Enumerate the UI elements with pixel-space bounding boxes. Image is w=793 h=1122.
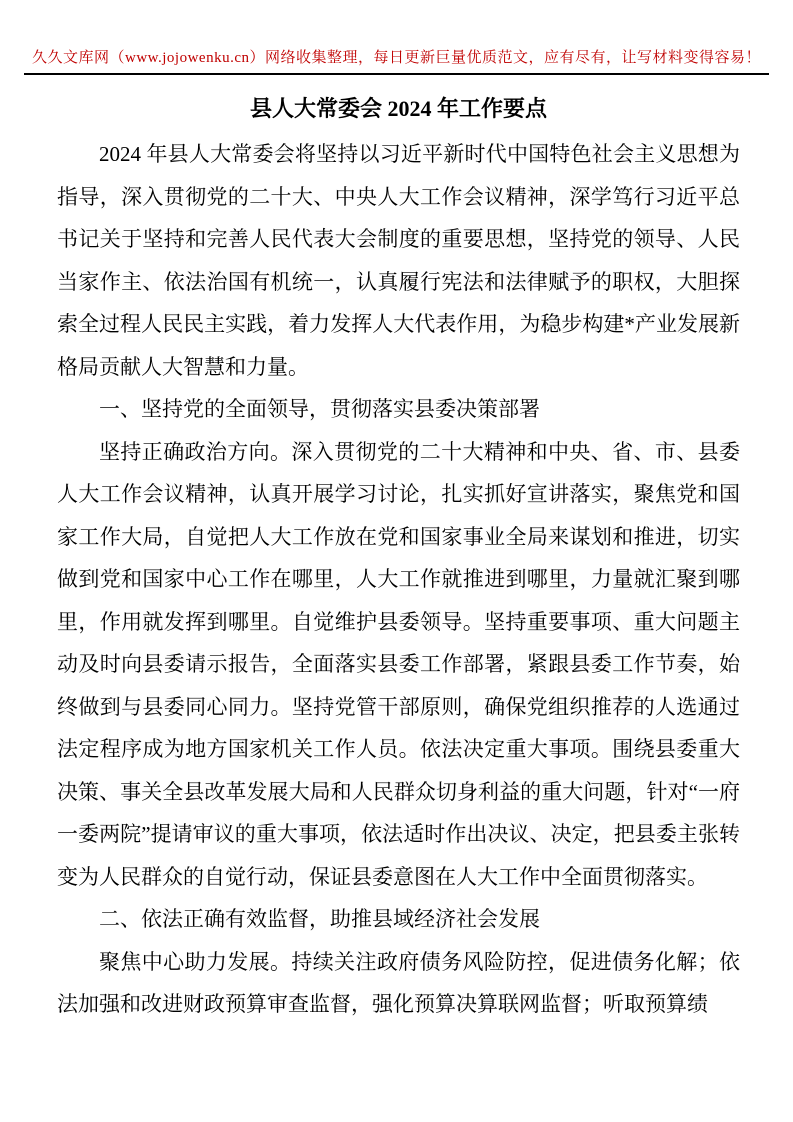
document-content: 县人大常委会 2024 年工作要点 2024 年县人大常委会将坚持以习近平新时代…	[0, 91, 793, 1026]
document-title: 县人大常委会 2024 年工作要点	[57, 91, 740, 127]
paragraph-intro: 2024 年县人大常委会将坚持以习近平新时代中国特色社会主义思想为指导，深入贯彻…	[57, 133, 740, 388]
page-header: 久久文库网（www.jojowenku.cn）网络收集整理，每日更新巨量优质范文…	[0, 0, 793, 75]
section-heading-2: 二、依法正确有效监督，助推县域经济社会发展	[57, 898, 740, 941]
header-notice: 久久文库网（www.jojowenku.cn）网络收集整理，每日更新巨量优质范文…	[24, 46, 769, 75]
paragraph-section-1: 坚持正确政治方向。深入贯彻党的二十大精神和中央、省、市、县委人大工作会议精神，认…	[57, 431, 740, 899]
document-page: 久久文库网（www.jojowenku.cn）网络收集整理，每日更新巨量优质范文…	[0, 0, 793, 1122]
paragraph-section-2: 聚焦中心助力发展。持续关注政府债务风险防控，促进债务化解；依法加强和改进财政预算…	[57, 941, 740, 1026]
section-heading-1: 一、坚持党的全面领导，贯彻落实县委决策部署	[57, 388, 740, 431]
